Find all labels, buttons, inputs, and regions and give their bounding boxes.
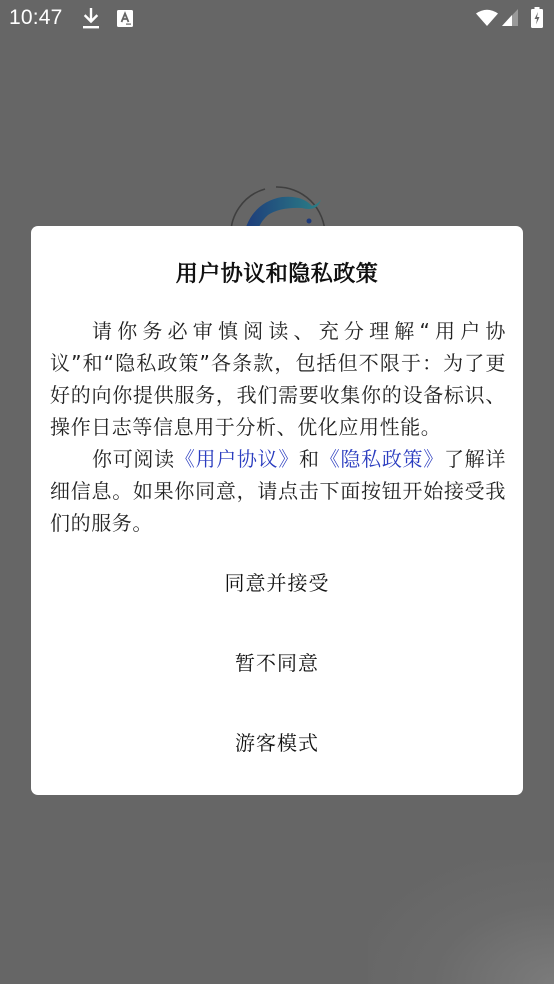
wifi-icon [476, 9, 498, 30]
cellular-signal-icon [502, 9, 518, 30]
decline-button[interactable]: 暂不同意 [31, 635, 523, 691]
user-agreement-link[interactable]: 《用户协议》 [175, 447, 299, 471]
status-time: 10:47 [9, 6, 63, 30]
dialog-paragraph-consent: 请你务必审慎阅读、充分理解“用户协议”和“隐私政策”各条款，包括但不限于：为了更… [50, 315, 506, 443]
accept-button[interactable]: 同意并接受 [31, 555, 523, 611]
privacy-dialog: 用户协议和隐私政策 请你务必审慎阅读、充分理解“用户协议”和“隐私政策”各条款，… [31, 226, 523, 795]
status-bar: 10:47 [0, 0, 554, 38]
background-glow [368, 860, 554, 984]
download-icon [81, 8, 101, 34]
privacy-policy-link[interactable]: 《隐私政策》 [320, 447, 444, 471]
dialog-title: 用户协议和隐私政策 [31, 257, 523, 288]
paragraph-prefix: 你可阅读 [92, 447, 175, 471]
font-app-icon [117, 10, 133, 31]
battery-charging-icon [531, 7, 543, 32]
paragraph-and: 和 [299, 447, 320, 471]
guest-mode-button[interactable]: 游客模式 [31, 715, 523, 771]
dialog-paragraph-links: 你可阅读《用户协议》和《隐私政策》了解详细信息。如果你同意，请点击下面按钮开始接… [50, 443, 506, 539]
